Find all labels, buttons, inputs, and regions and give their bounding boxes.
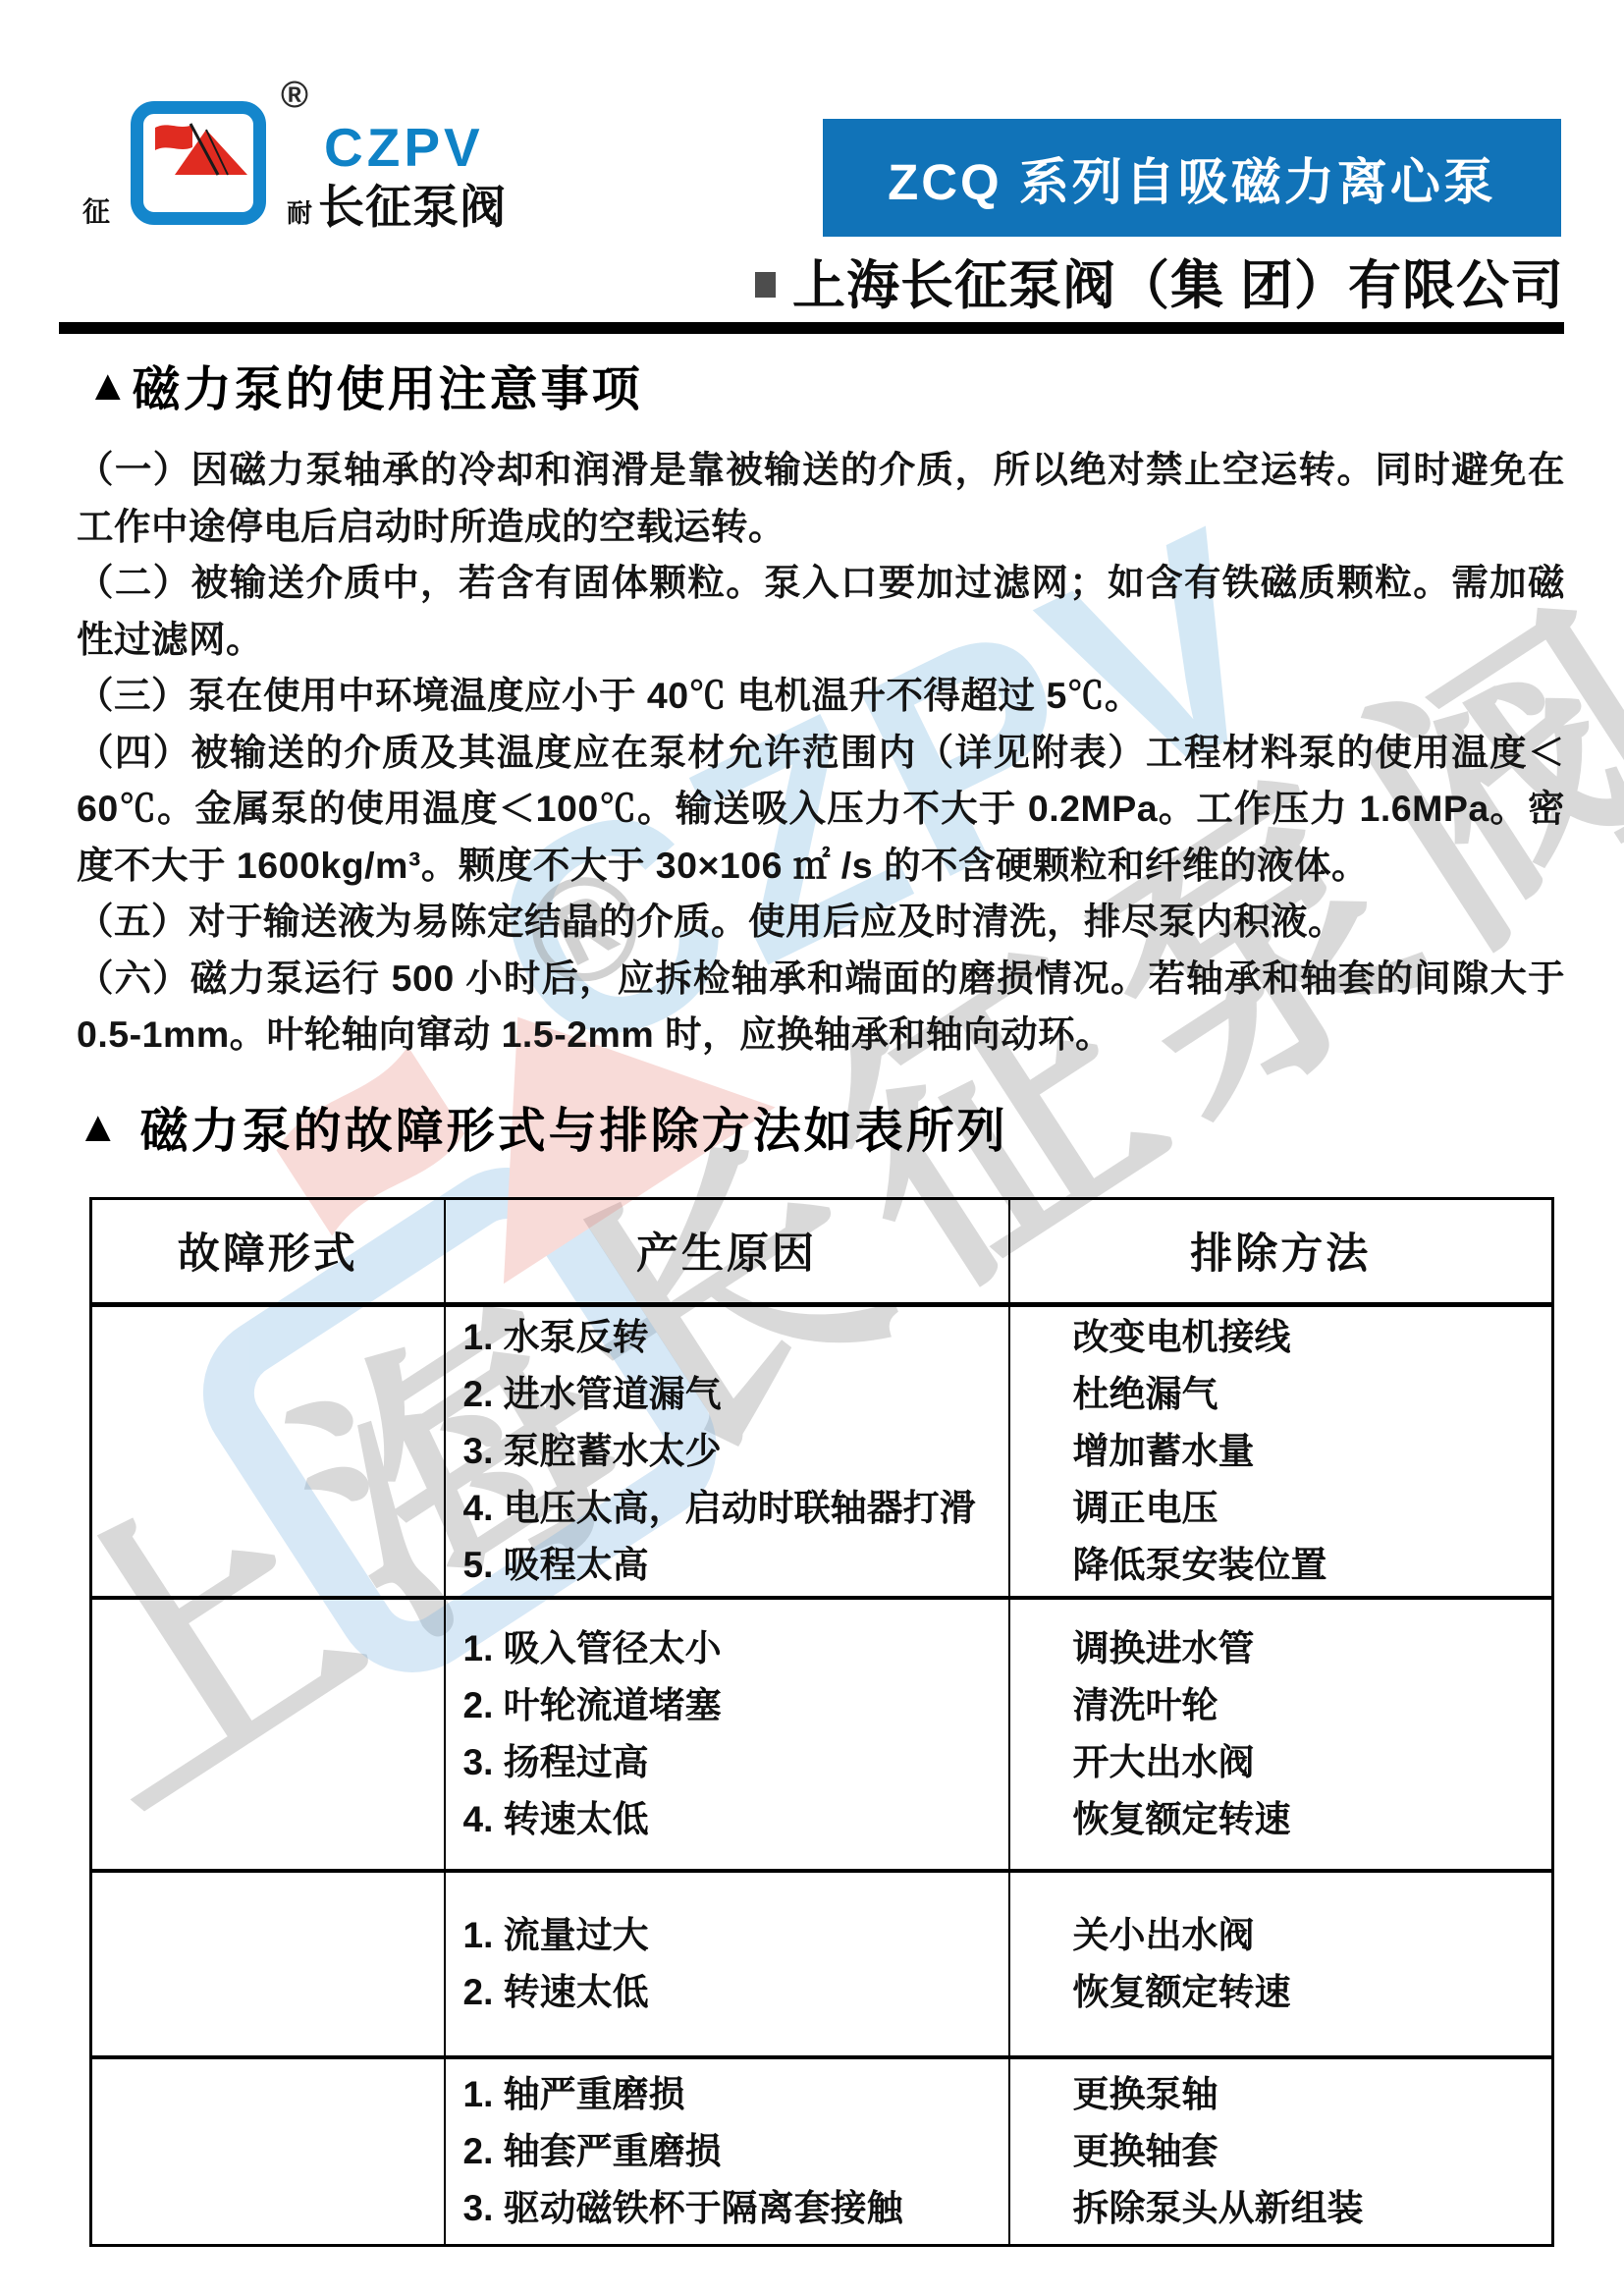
page-header: ® CZPV 长征泵阀 征 耐 ZCQ 系列自吸磁力离心泵 上海长征泵阀（集 团… [0,0,1624,2296]
header-divider-rule [59,322,1564,334]
logo-right-char: 耐 [287,193,312,230]
company-name-line: 上海长征泵阀（集 团）有限公司 [755,246,1564,316]
logo-left-char: 征 [82,191,110,230]
document-page: CZPV ® 上海长征泵阀 ® CZPV 长征泵阀 征 耐 ZCQ 系列自吸磁力… [0,0,1624,2296]
logo-brand-name: 长征泵阀 [318,171,507,237]
brand-logo-icon [131,101,266,225]
flag-mountain-icon [145,118,251,208]
series-title-banner: ZCQ 系列自吸磁力离心泵 [823,119,1561,237]
registered-trademark-icon: ® [281,75,308,117]
square-bullet-icon [755,272,776,298]
company-name: 上海长征泵阀（集 团）有限公司 [792,244,1564,319]
logo-czpv-text: CZPV [324,116,484,179]
